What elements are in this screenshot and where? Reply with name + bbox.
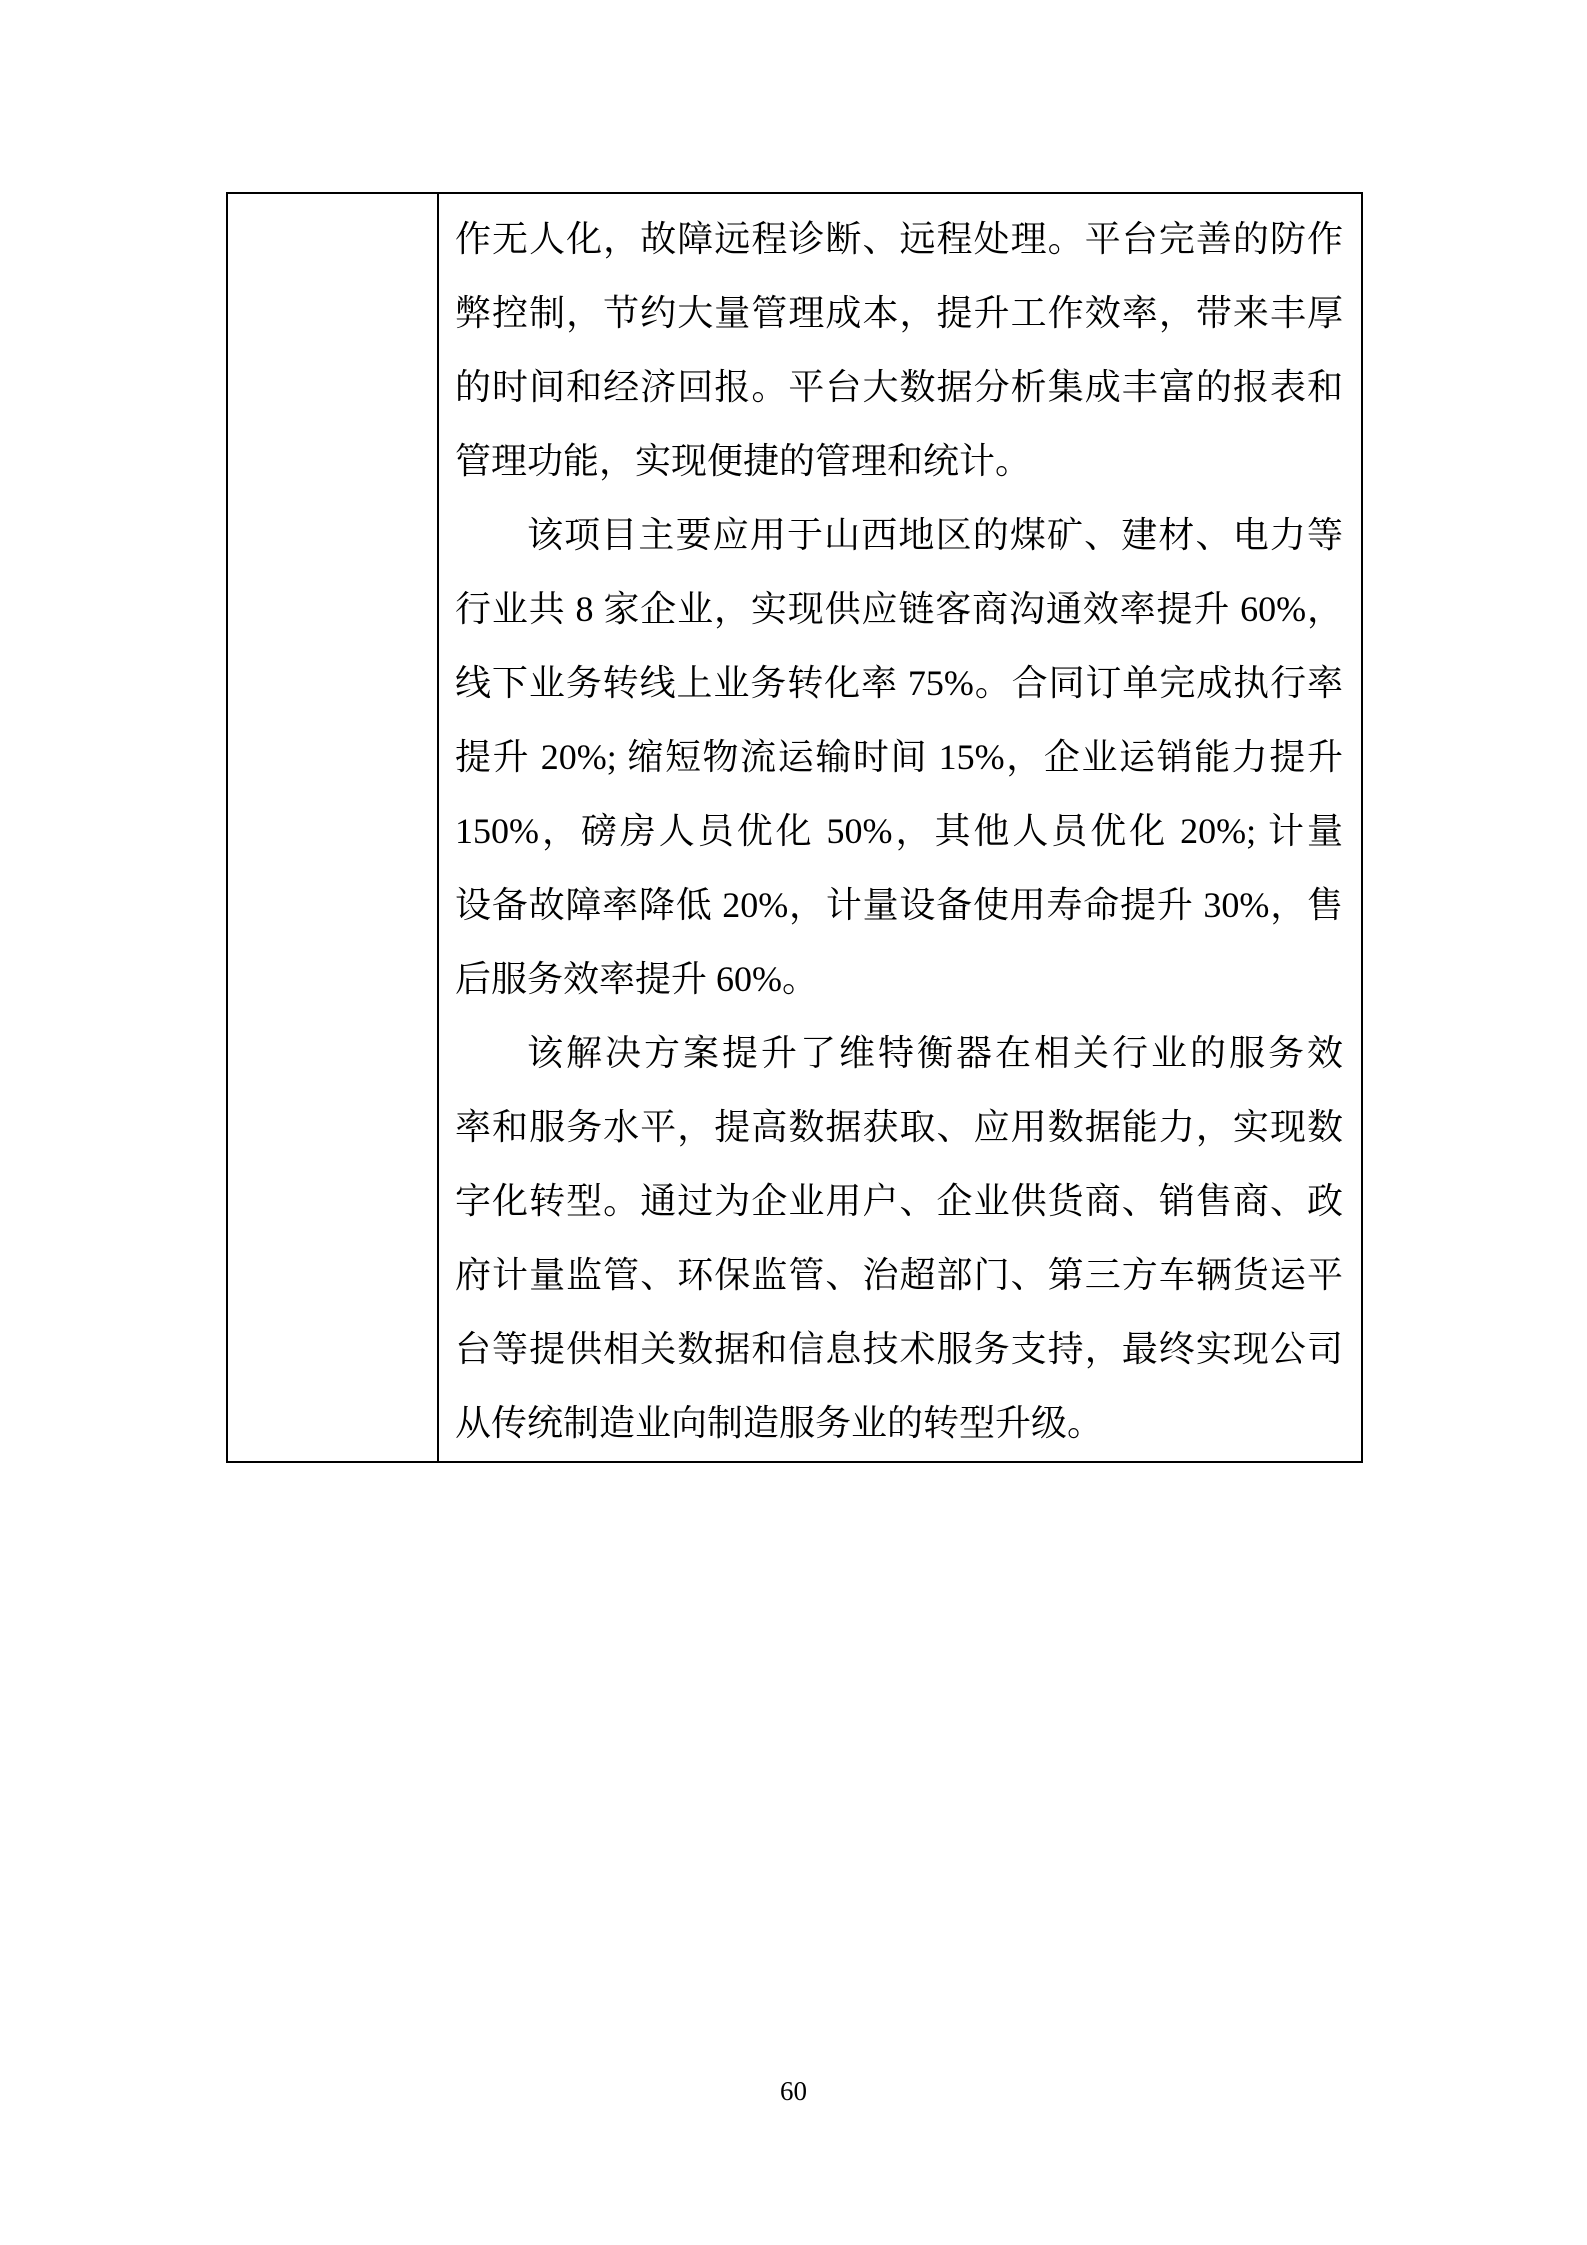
text-line: 行业共 8 家企业，实现供应链客商沟通效率提升 60%， xyxy=(455,572,1343,646)
page-number: 60 xyxy=(0,2076,1587,2107)
text-line: 150%，磅房人员优化 50%，其他人员优化 20%; 计量 xyxy=(455,794,1343,868)
text-line: 该项目主要应用于山西地区的煤矿、建材、电力等 xyxy=(455,498,1343,572)
text-line: 弊控制，节约大量管理成本，提升工作效率，带来丰厚 xyxy=(455,276,1343,350)
table-cell-label xyxy=(228,194,439,1461)
text-line: 设备故障率降低 20%，计量设备使用寿命提升 30%，售 xyxy=(455,868,1343,942)
content-table: 作无人化，故障远程诊断、远程处理。平台完善的防作弊控制，节约大量管理成本，提升工… xyxy=(226,192,1363,1463)
text-line: 从传统制造业向制造服务业的转型升级。 xyxy=(455,1386,1343,1460)
text-line: 字化转型。通过为企业用户、企业供货商、销售商、政 xyxy=(455,1164,1343,1238)
text-line: 线下业务转线上业务转化率 75%。合同订单完成执行率 xyxy=(455,646,1343,720)
text-line: 府计量监管、环保监管、治超部门、第三方车辆货运平 xyxy=(455,1238,1343,1312)
document-page: 作无人化，故障远程诊断、远程处理。平台完善的防作弊控制，节约大量管理成本，提升工… xyxy=(0,0,1587,2245)
text-line: 的时间和经济回报。平台大数据分析集成丰富的报表和 xyxy=(455,350,1343,424)
text-line: 作无人化，故障远程诊断、远程处理。平台完善的防作 xyxy=(455,202,1343,276)
text-line: 提升 20%; 缩短物流运输时间 15%，企业运销能力提升 xyxy=(455,720,1343,794)
text-line: 台等提供相关数据和信息技术服务支持，最终实现公司 xyxy=(455,1312,1343,1386)
text-line: 管理功能，实现便捷的管理和统计。 xyxy=(455,424,1343,498)
text-line: 该解决方案提升了维特衡器在相关行业的服务效 xyxy=(455,1016,1343,1090)
text-line: 后服务效率提升 60%。 xyxy=(455,942,1343,1016)
table-cell-content: 作无人化，故障远程诊断、远程处理。平台完善的防作弊控制，节约大量管理成本，提升工… xyxy=(439,194,1361,1461)
text-line: 率和服务水平，提高数据获取、应用数据能力，实现数 xyxy=(455,1090,1343,1164)
